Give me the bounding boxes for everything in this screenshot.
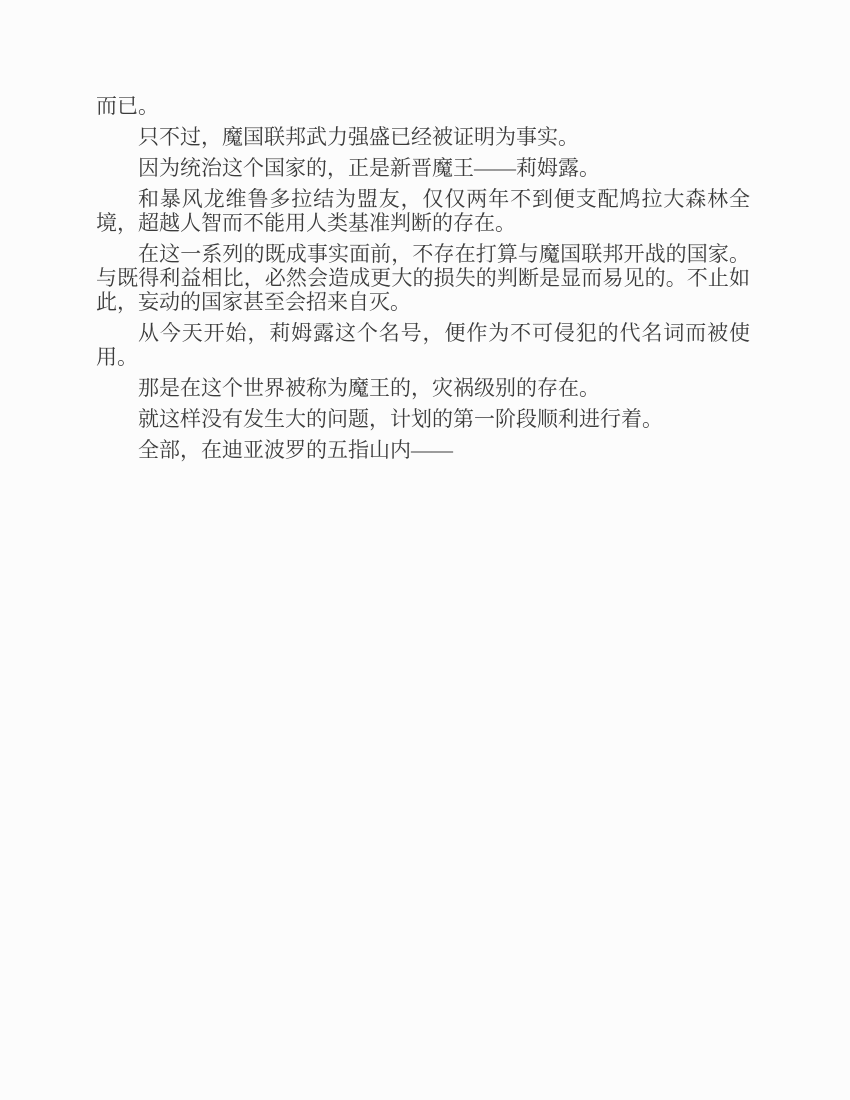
- paragraph: 全部，在迪亚波罗的五指山内——: [96, 438, 750, 462]
- reader-page: 而已。只不过，魔国联邦武力强盛已经被证明为事实。因为统治这个国家的，正是新晋魔王…: [0, 0, 850, 1100]
- paragraph: 而已。: [96, 94, 750, 118]
- page-text: 而已。只不过，魔国联邦武力强盛已经被证明为事实。因为统治这个国家的，正是新晋魔王…: [96, 94, 750, 462]
- paragraph: 那是在这个世界被称为魔王的，灾祸级别的存在。: [96, 376, 750, 400]
- paragraph: 因为统治这个国家的，正是新晋魔王——莉姆露。: [96, 156, 750, 180]
- paragraph: 和暴风龙维鲁多拉结为盟友，仅仅两年不到便支配鸠拉大森林全境，超越人智而不能用人类…: [96, 187, 750, 235]
- paragraph: 就这样没有发生大的问题，计划的第一阶段顺利进行着。: [96, 407, 750, 431]
- paragraph: 在这一系列的既成事实面前，不存在打算与魔国联邦开战的国家。与既得利益相比，必然会…: [96, 242, 750, 314]
- paragraph: 从今天开始，莉姆露这个名号，便作为不可侵犯的代名词而被使用。: [96, 321, 750, 369]
- paragraph: 只不过，魔国联邦武力强盛已经被证明为事实。: [96, 125, 750, 149]
